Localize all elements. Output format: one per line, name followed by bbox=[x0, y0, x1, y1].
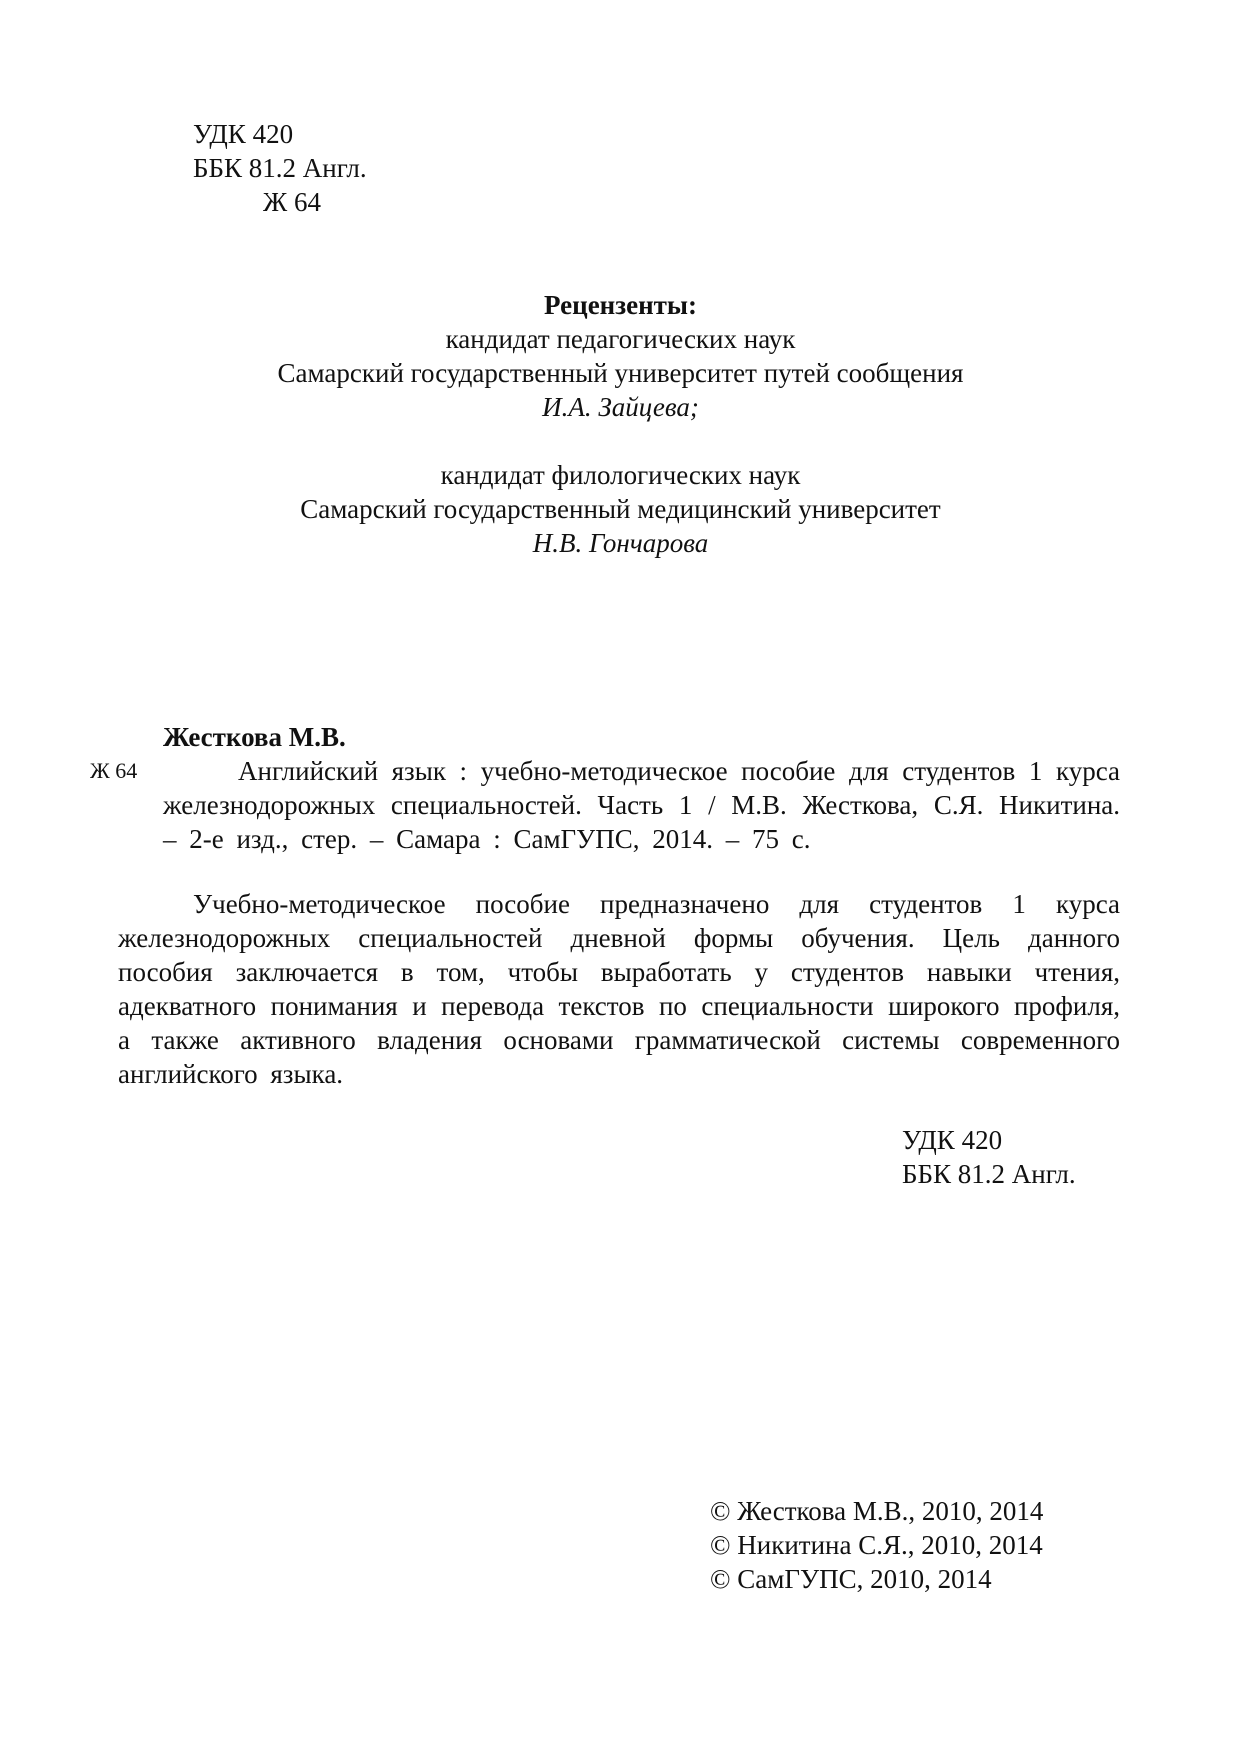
entry-description: Английский язык : учебно-методическое по… bbox=[163, 754, 1120, 856]
reviewers-heading: Рецензенты: bbox=[0, 288, 1241, 322]
bbk-code: ББК 81.2 Англ. bbox=[193, 151, 367, 185]
reviewer-institution: Самарский государственный медицинский ун… bbox=[0, 492, 1241, 526]
reviewer-degree: кандидат филологических наук bbox=[0, 458, 1241, 492]
reviewer-name: И.А. Зайцева; bbox=[0, 390, 1241, 424]
udk-code: УДК 420 bbox=[193, 117, 367, 151]
bibliographic-entry: Жесткова М.В. Ж 64 Английский язык : уче… bbox=[163, 720, 1120, 856]
entry-code: Ж 64 bbox=[90, 754, 137, 788]
copyright-line: © Никитина С.Я., 2010, 2014 bbox=[710, 1528, 1043, 1562]
reviewer-2: кандидат филологических наук Самарский г… bbox=[0, 458, 1241, 560]
reviewer-degree: кандидат педагогических наук bbox=[0, 322, 1241, 356]
author-mark: Ж 64 bbox=[193, 185, 367, 219]
reviewer-name: Н.В. Гончарова bbox=[0, 526, 1241, 560]
entry-description-text: Английский язык : учебно-методическое по… bbox=[163, 754, 1120, 856]
top-classification: УДК 420 ББК 81.2 Англ. Ж 64 bbox=[193, 117, 367, 219]
reviewers-section: Рецензенты: кандидат педагогических наук… bbox=[0, 288, 1241, 560]
entry-author: Жесткова М.В. bbox=[163, 720, 1120, 754]
annotation: Учебно-методическое пособие предназначен… bbox=[118, 887, 1120, 1091]
bottom-classification: УДК 420 ББК 81.2 Англ. bbox=[902, 1123, 1076, 1191]
copyright-line: © Жесткова М.В., 2010, 2014 bbox=[710, 1494, 1043, 1528]
bbk-code: ББК 81.2 Англ. bbox=[902, 1157, 1076, 1191]
annotation-text: Учебно-методическое пособие предназначен… bbox=[118, 887, 1120, 1091]
udk-code: УДК 420 bbox=[902, 1123, 1076, 1157]
reviewer-institution: Самарский государственный университет пу… bbox=[0, 356, 1241, 390]
copyright-block: © Жесткова М.В., 2010, 2014 © Никитина С… bbox=[710, 1494, 1043, 1596]
copyright-line: © СамГУПС, 2010, 2014 bbox=[710, 1562, 1043, 1596]
reviewer-1: кандидат педагогических наук Самарский г… bbox=[0, 322, 1241, 424]
